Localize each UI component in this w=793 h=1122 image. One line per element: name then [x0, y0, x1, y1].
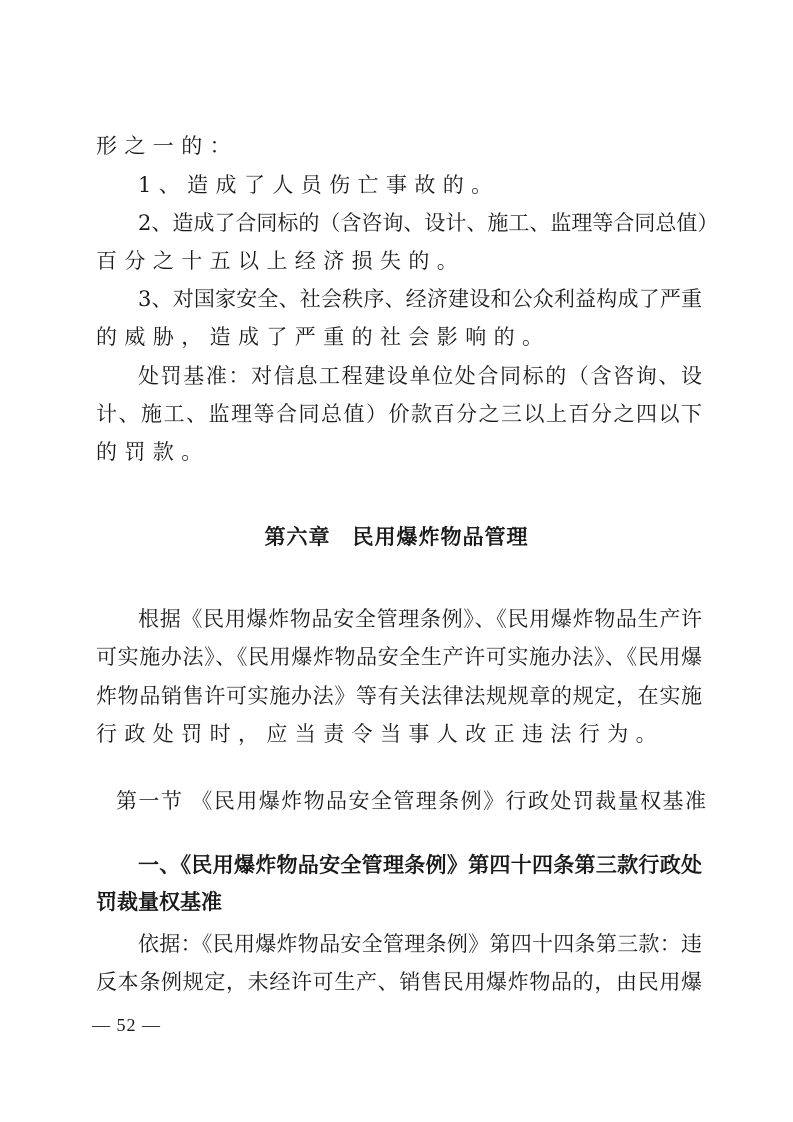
section-heading: 第一节 《民用爆炸物品安全管理条例》行政处罚裁量权基准: [116, 786, 706, 816]
list-item-3-line-2: 的威胁，造成了严重的社会影响的。: [96, 322, 702, 352]
article-heading-line-1: 一、《民用爆炸物品安全管理条例》第四十四条第三款行政处: [138, 850, 702, 880]
penalty-standard-line-3: 的罚款。: [96, 437, 702, 467]
chapter-intro-line-2: 可实施办法》、《民用爆炸物品安全生产许可实施办法》、《民用爆: [96, 642, 702, 672]
chapter-intro-line-1: 根据《民用爆炸物品安全管理条例》、《民用爆炸物品生产许: [138, 604, 702, 634]
page-number: — 52 —: [92, 1014, 161, 1036]
paragraph-continuation: 形之一的：: [96, 131, 702, 161]
chapter-heading: 第六章民用爆炸物品管理: [0, 522, 793, 552]
basis-line-2: 反本条例规定，未经许可生产、销售民用爆炸物品的，由民用爆: [96, 967, 702, 997]
penalty-standard-line-1: 处罚基准：对信息工程建设单位处合同标的（含咨询、设: [138, 361, 702, 391]
document-page: 形之一的： 1、造成了人员伤亡事故的。 2、造成了合同标的（含咨询、设计、施工、…: [0, 0, 793, 1122]
list-item-3-line-1: 3、对国家安全、社会秩序、经济建设和公众利益构成了严重: [138, 284, 702, 314]
chapter-number: 第六章: [265, 525, 331, 549]
chapter-intro-line-4: 行政处罚时，应当责令当事人改正违法行为。: [96, 719, 702, 749]
basis-line-1: 依据：《民用爆炸物品安全管理条例》第四十四条第三款：违: [138, 929, 702, 959]
chapter-title: 民用爆炸物品管理: [353, 525, 529, 549]
list-item-1: 1、造成了人员伤亡事故的。: [138, 170, 702, 200]
chapter-intro-line-3: 炸物品销售许可实施办法》等有关法律法规规章的规定，在实施: [96, 681, 702, 711]
penalty-standard-line-2: 计、施工、监理等合同总值）价款百分之三以上百分之四以下: [96, 399, 702, 429]
list-item-2-line-1: 2、造成了合同标的（含咨询、设计、施工、监理等合同总值）: [138, 208, 702, 238]
list-item-2-line-2: 百分之十五以上经济损失的。: [96, 246, 702, 276]
article-heading-line-2: 罚裁量权基准: [96, 887, 222, 917]
